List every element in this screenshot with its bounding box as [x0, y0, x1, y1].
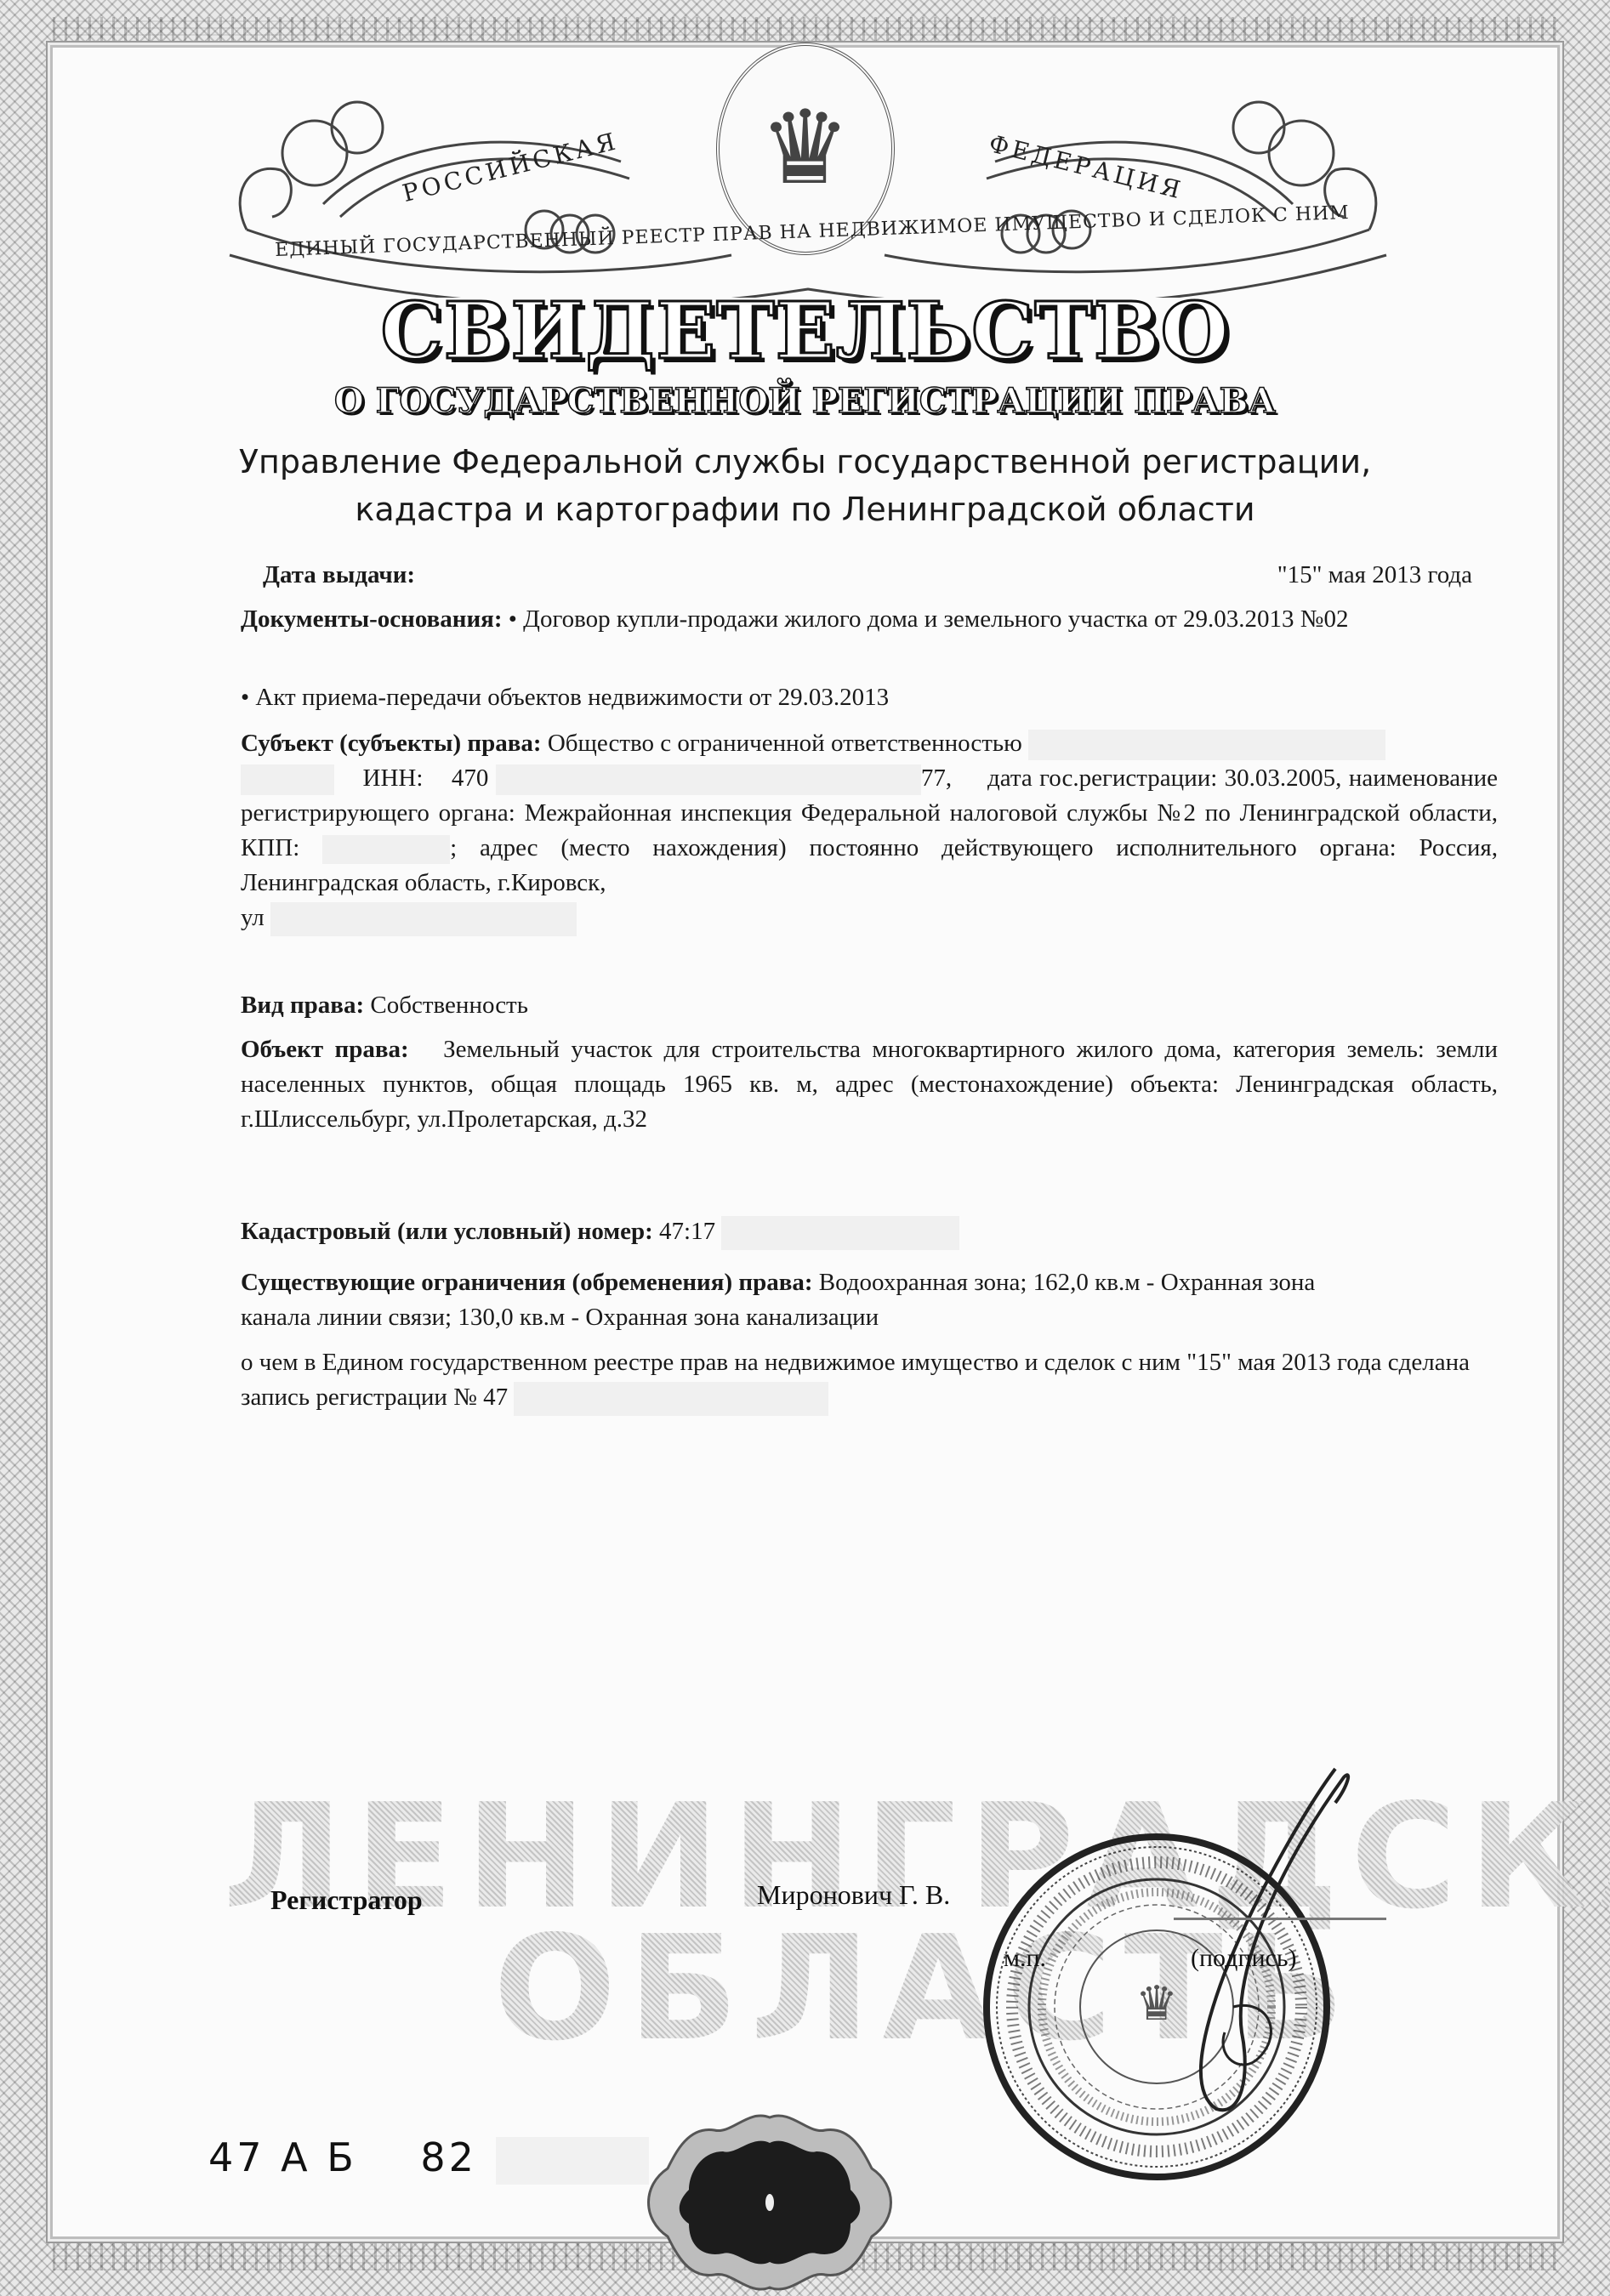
documents-item-2-row: • Акт приема-передачи объектов недвижимо… [241, 680, 1498, 715]
record-block: о чем в Едином государственном реестре п… [241, 1345, 1498, 1416]
certificate-title: СВИДЕТЕЛЬСТВО [0, 285, 1610, 377]
cadastre-value: 47:17 [659, 1218, 715, 1245]
authority-line-2: кадастра и картографии по Ленинградской … [0, 486, 1610, 533]
inn-label: ИНН: [363, 764, 424, 792]
registrar-name: Миронович Г. В. [757, 1879, 950, 1911]
right-type-value: Собственность [370, 992, 528, 1019]
object-label: Объект права: [241, 1036, 409, 1063]
redacted-cadastre-number [721, 1216, 959, 1250]
record-text: о чем в Едином государственном реестре п… [241, 1349, 1470, 1411]
security-rosette-icon [642, 2109, 897, 2296]
signature-line [1174, 1918, 1386, 1920]
signature-label: (подпись) [1191, 1944, 1297, 1973]
cadastre-row: Кадастровый (или условный) номер: 47:17 [241, 1214, 1498, 1250]
registration-date: дата гос.регистрации: 30.03.2005, [987, 764, 1341, 792]
object-block: Объект права: Земельный участок для стро… [241, 1032, 1498, 1137]
right-type-label: Вид права: [241, 992, 364, 1019]
certificate-subtitle: О ГОСУДАРСТВЕННОЙ РЕГИСТРАЦИИ ПРАВА [0, 381, 1610, 421]
serial-number: 47 А Б 82 [208, 2134, 649, 2185]
documents-item-1: • Договор купли-продажи жилого дома и зе… [509, 605, 1349, 633]
documents-item-2: • Акт приема-передачи объектов недвижимо… [241, 684, 889, 711]
street-prefix: ул [241, 904, 265, 931]
header-emblem-area: ♛ РОССИЙСКАЯ ФЕДЕРАЦИЯ ЕДИНЫЙ ГОСУДАРСТВ… [0, 26, 1610, 281]
seal-place-label: м.п. [1004, 1944, 1046, 1973]
issue-date-label: Дата выдачи: [263, 558, 415, 593]
subject-label: Субъект (субъекты) права: [241, 730, 542, 757]
redacted-inn [496, 764, 921, 795]
object-value: Земельный участок для строительства мног… [241, 1036, 1498, 1133]
serial-series: 47 А Б [208, 2134, 357, 2180]
authority-line-1: Управление Федеральной службы государств… [0, 438, 1610, 486]
limitations-block: Существующие ограничения (обременения) п… [241, 1265, 1346, 1335]
redacted-record-number [514, 1382, 828, 1416]
subject-org: Общество с ограниченной ответственностью [548, 730, 1022, 757]
serial-number-prefix: 82 [420, 2134, 477, 2180]
record-number-prefix: 47 [483, 1384, 508, 1411]
double-headed-eagle-icon: ♛ [759, 98, 851, 200]
issue-date-row: Дата выдачи: "15" мая 2013 года [241, 558, 1498, 593]
registrar-label: Регистратор [270, 1884, 423, 1916]
issue-date-value: "15" мая 2013 года [1277, 558, 1472, 593]
redacted-org-name-cont [241, 764, 334, 795]
limitations-label: Существующие ограничения (обременения) п… [241, 1269, 813, 1296]
redacted-street [270, 902, 577, 936]
documents-basis: Документы-основания: • Договор купли-про… [241, 602, 1498, 637]
redacted-kpp [322, 835, 450, 864]
documents-label: Документы-основания: [241, 605, 503, 633]
redacted-org-name [1028, 730, 1385, 760]
inn-suffix: 77, [921, 764, 952, 792]
issuing-authority: Управление Федеральной службы государств… [0, 438, 1610, 533]
right-type-row: Вид права: Собственность [241, 988, 1498, 1023]
inn-prefix: 470 [452, 764, 489, 792]
subject-block: Субъект (субъекты) права: Общество с огр… [241, 726, 1498, 936]
cadastre-label: Кадастровый (или условный) номер: [241, 1218, 653, 1245]
redacted-serial-number [496, 2137, 649, 2185]
